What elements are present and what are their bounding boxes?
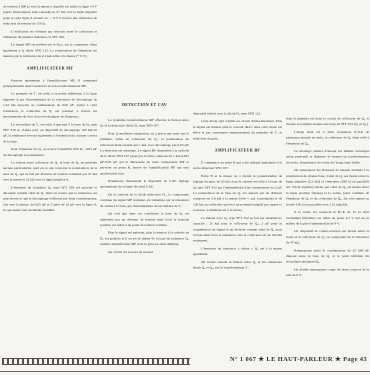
paragraph: L'émetteur du transistor Q₂ type SFT 319…	[3, 185, 97, 214]
paragraph: Un dispositif de contre-réaction est mon…	[286, 229, 369, 246]
decorative-chain-border	[2, 358, 190, 365]
paragraph: La liaison avec Q₄ type SFT 352 se fait …	[193, 215, 282, 244]
paragraph: Il commence au point B qui a été indiqué…	[193, 160, 282, 171]
paragraph: Passons maintenant à l'amplificateur MF.…	[3, 78, 97, 89]
paragraph: L'émetteur du transistor « driver » Q₄ e…	[193, 246, 282, 257]
text-column-4-content: dont le primaire est dans le circuit de …	[286, 116, 369, 278]
paragraph: On remarquera les diviseurs de tension d…	[286, 168, 369, 208]
paragraph: Ce montage permet d'obtenir les mêmes av…	[286, 149, 369, 166]
paragraph: de tension 3 600 Ω vers la masse à laque…	[3, 4, 97, 27]
text-column-2-content: DETECTION ET CAVLe troisième transformat…	[100, 102, 189, 255]
text-column-3-content: dispositif réalisé avec la diode D₂ type…	[193, 111, 282, 271]
paragraph: Entre B et la masse on a monté le potent…	[193, 173, 282, 213]
paragraph: Pour l'émetteur de Q₂ on trouve l'ensemb…	[3, 147, 97, 158]
paragraph: A la sortie est connecté le H.-P. de 15 …	[286, 210, 369, 227]
scanned-magazine-page: de tension 3 600 Ω vers la masse à laque…	[0, 0, 370, 375]
text-column-2: DETECTION ET CAVLe troisième transformat…	[100, 101, 189, 351]
paragraph: De la cathode de la diode détectrice D₁,…	[100, 192, 189, 209]
footer-issue-line: N° 1 067 ★ LE HAUT-PARLEUR ★ Page 43	[191, 355, 367, 363]
paragraph: Le secondaire de T₁ est relié, d'une par…	[3, 122, 97, 145]
paragraph: On trouve ensuite la liaison entre Q₄ et…	[193, 259, 282, 270]
paragraph: Remarquons aussi le condensateur de 25 0…	[286, 248, 369, 265]
paragraph: L'oscillation est obtenue par réaction e…	[3, 29, 97, 40]
paragraph: Un double interrupteur coupe les deux co…	[286, 267, 369, 278]
paragraph: Au circuit est associé un second	[100, 249, 189, 255]
text-column-3: dispositif réalisé avec la diode D₂ type…	[193, 111, 282, 351]
paragraph: dont le primaire est dans le circuit de …	[286, 116, 369, 127]
text-column-1: de tension 3 600 Ω vers la masse à laque…	[3, 4, 97, 351]
paragraph: Le primaire de T₁ est relié, à sa partie…	[3, 91, 97, 120]
paragraph: La liaison entre collecteur de Q₁ et bas…	[3, 160, 97, 183]
paragraph: Pour la meilleure adaptation, on a prévu…	[100, 131, 189, 177]
section-heading: AMPLIFICATEUR BF	[194, 148, 281, 154]
page-bottom-rule	[0, 371, 370, 372]
paragraph: L'étage final est à deux transistors P-N…	[286, 129, 369, 146]
paragraph: Cette diode agit comme un circuit d'amor…	[193, 119, 282, 142]
section-heading: DETECTION ET CAV	[101, 102, 188, 108]
paragraph: dispositif réalisé avec la diode D₂ type…	[193, 111, 282, 117]
section-heading: AMPLIFICATEUR MF	[4, 65, 96, 71]
paragraph: Le signal MF est prélevé sur le bloc, su…	[3, 42, 97, 59]
paragraph: Plus le signal est puissant, plus la ten…	[100, 230, 189, 247]
text-column-1-content: de tension 3 600 Ω vers la masse à laque…	[3, 4, 97, 213]
paragraph: On voit que dans ces conditions la base …	[100, 211, 189, 228]
paragraph: Le troisième transformateur MF effectue …	[100, 118, 189, 129]
text-column-4: dont le primaire est dans le circuit de …	[286, 116, 369, 351]
paragraph: Examinons maintenant le dispositif de CA…	[100, 179, 189, 190]
